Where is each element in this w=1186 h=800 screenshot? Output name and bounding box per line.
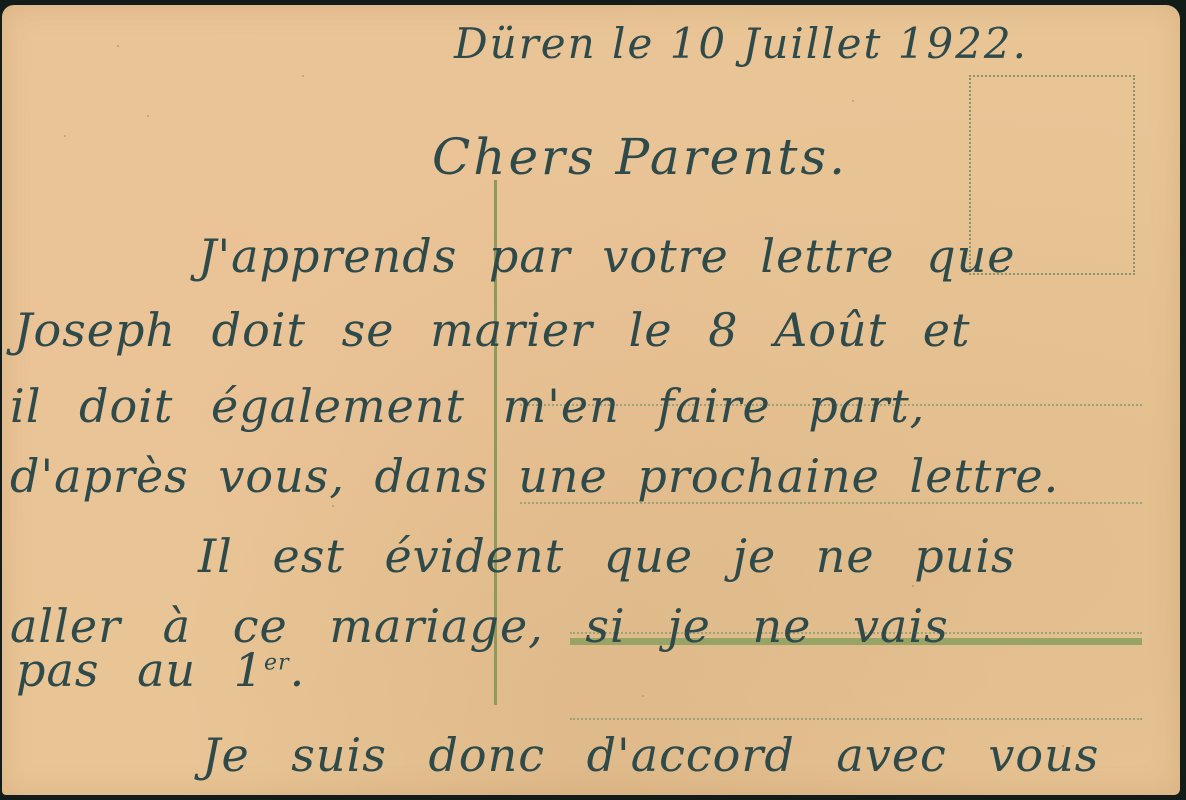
paper-speck [332,505,334,507]
paper-speck [147,115,149,117]
postcard: Düren le 10 Juillet 1922. Chers Parents.… [2,5,1180,795]
letter-line-7-text: pas au 1 [16,643,264,697]
paper-speck [852,100,854,102]
letter-line-7: pas au 1er. [16,647,305,693]
letter-line-2: Joseph doit se marier le 8 Août et [14,307,970,353]
salutation: Chers Parents. [432,132,848,182]
letter-line-5: Il est évident que je ne puis [198,533,1016,579]
scan-frame: Düren le 10 Juillet 1922. Chers Parents.… [0,0,1186,800]
address-line-4 [570,718,1142,720]
line-7-period: . [290,643,306,697]
letter-line-3: il doit également m'en faire part, [10,383,925,429]
letter-line-4: d'après vous, dans une prochaine lettre. [10,453,1059,499]
paper-speck [64,135,66,137]
ordinal-superscript: er [264,651,290,676]
letter-line-8: Je suis donc d'accord avec vous [202,732,1099,778]
paper-speck [302,75,304,77]
date-line: Düren le 10 Juillet 1922. [454,23,1028,65]
paper-speck [912,585,914,587]
paper-speck [117,45,119,47]
letter-line-1: J'apprends par votre lettre que [198,233,1015,279]
paper-speck [642,695,644,697]
